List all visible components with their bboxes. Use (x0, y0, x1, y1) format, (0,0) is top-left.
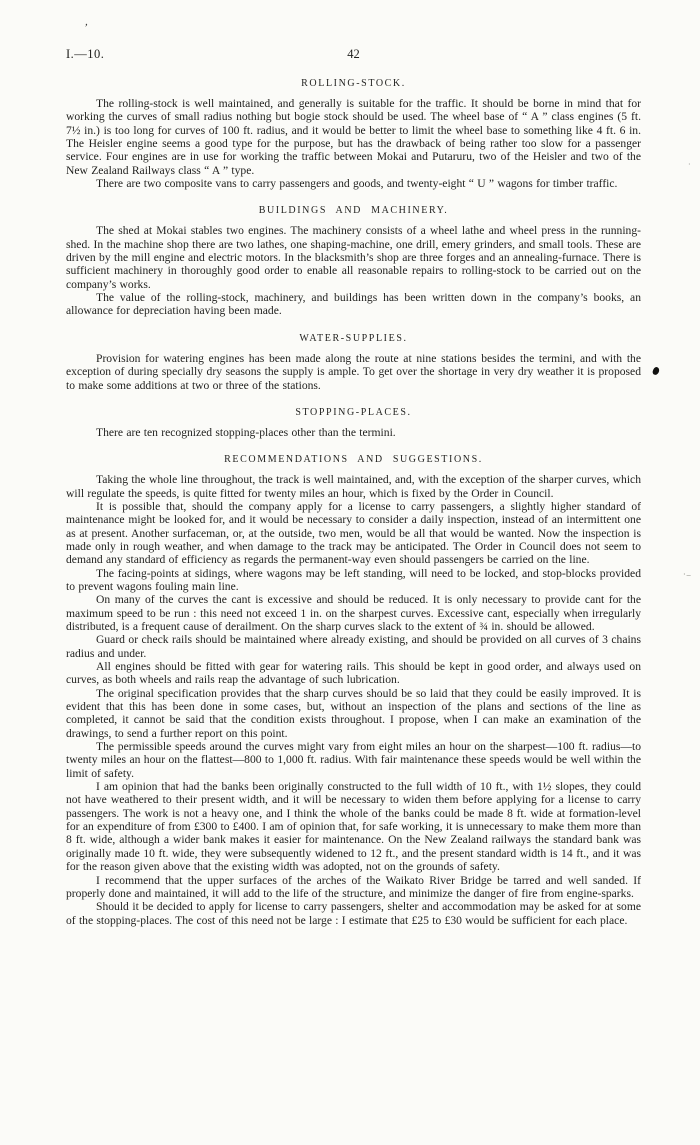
paragraph: Should it be decided to apply for licens… (66, 900, 641, 927)
section-recommendations-and-suggestions: RECOMMENDATIONS AND SUGGESTIONS. Taking … (66, 454, 641, 927)
paragraph: There are two composite vans to carry pa… (66, 177, 641, 190)
paragraph: The facing-points at sidings, where wago… (66, 567, 641, 594)
page-header: I.—10. 42 (66, 47, 641, 63)
section-buildings-and-machinery: BUILDINGS AND MACHINERY. The shed at Mok… (66, 205, 641, 317)
paragraph: The rolling-stock is well maintained, an… (66, 97, 641, 177)
scan-tick-artifact: ’ (83, 22, 88, 34)
paragraph: It is possible that, should the company … (66, 500, 641, 567)
paragraph: The permissible speeds around the curves… (66, 740, 641, 780)
section-heading: BUILDINGS AND MACHINERY. (66, 205, 641, 216)
paragraph: Provision for watering engines has been … (66, 352, 641, 392)
section-stopping-places: STOPPING-PLACES. There are ten recognize… (66, 407, 641, 439)
paragraph: The original specification provides that… (66, 687, 641, 740)
paragraph: All engines should be fitted with gear f… (66, 660, 641, 687)
section-heading: WATER-SUPPLIES. (66, 333, 641, 344)
scan-speck-artifact: · (688, 162, 692, 167)
paragraph: The value of the rolling-stock, machiner… (66, 291, 641, 318)
paragraph: Taking the whole line throughout, the tr… (66, 473, 641, 500)
paragraph: The shed at Mokai stables two engines. T… (66, 224, 641, 291)
section-water-supplies: WATER-SUPPLIES. Provision for watering e… (66, 333, 641, 392)
page-content: I.—10. 42 ROLLING-STOCK. The rolling-sto… (66, 47, 641, 927)
ink-dot-artifact (652, 366, 661, 376)
paragraph: I recommend that the upper surfaces of t… (66, 874, 641, 901)
page-number: 42 (66, 47, 641, 62)
report-series-number: I.—10. (66, 47, 104, 62)
section-rolling-stock: ROLLING-STOCK. The rolling-stock is well… (66, 78, 641, 190)
document-page: ’ I.—10. 42 ROLLING-STOCK. The rolling-s… (0, 0, 700, 1145)
paragraph: Guard or check rails should be maintaine… (66, 633, 641, 660)
section-heading: STOPPING-PLACES. (66, 407, 641, 418)
scan-speck-artifact: ·– (683, 573, 693, 581)
paragraph: There are ten recognized stopping-places… (66, 426, 641, 439)
section-heading: RECOMMENDATIONS AND SUGGESTIONS. (66, 454, 641, 465)
paragraph: I am opinion that had the banks been ori… (66, 780, 641, 873)
section-heading: ROLLING-STOCK. (66, 78, 641, 89)
paragraph: On many of the curves the cant is excess… (66, 593, 641, 633)
